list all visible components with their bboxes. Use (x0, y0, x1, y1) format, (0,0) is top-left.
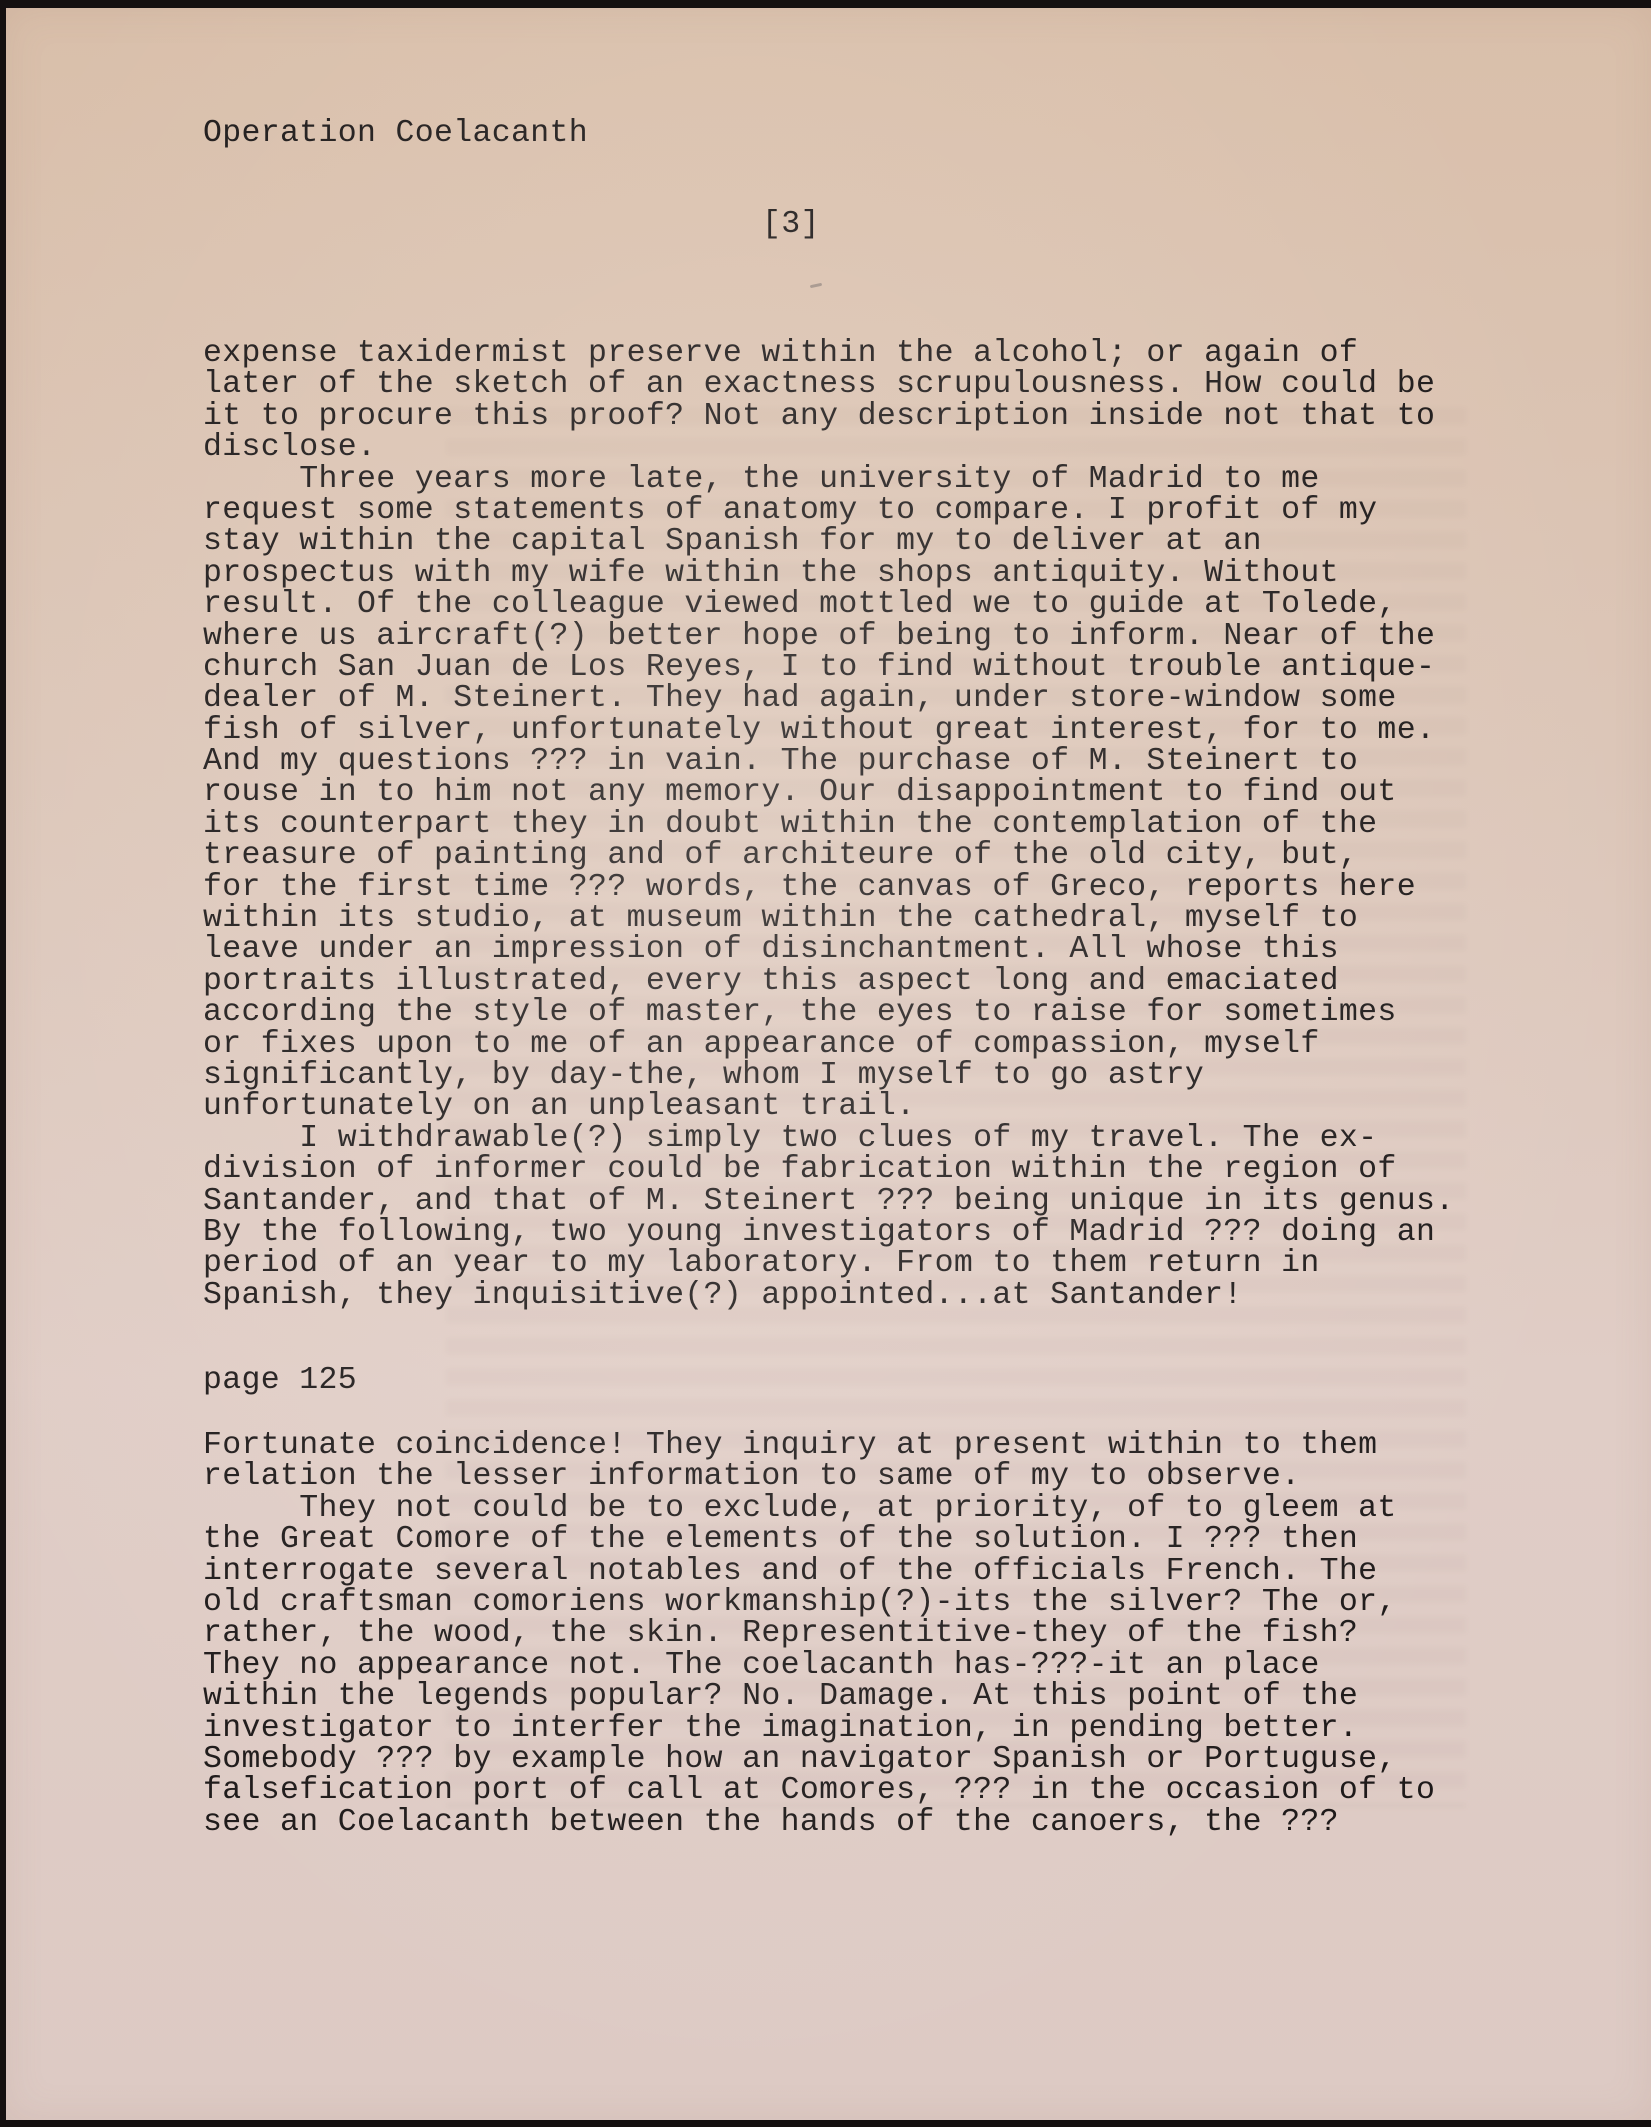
document-page: Operation Coelacanth [3] expense taxider… (6, 8, 1651, 2120)
source-page-label: page 125 (203, 1363, 357, 1398)
text-line: interrogate several notables and of the … (203, 1556, 1503, 1587)
text-line: Three years more late, the university of… (203, 464, 1503, 495)
body-text-section-1: expense taxidermist preserve within the … (203, 338, 1503, 1311)
text-line: dealer of M. Steinert. They had again, u… (203, 683, 1503, 714)
text-line: Fortunate coincidence! They inquiry at p… (203, 1430, 1503, 1461)
text-line: And my questions ??? in vain. The purcha… (203, 746, 1503, 777)
text-line: it to procure this proof? Not any descri… (203, 401, 1503, 432)
text-line: portraits illustrated, every this aspect… (203, 966, 1503, 997)
text-line: prospectus with my wife within the shops… (203, 558, 1503, 589)
text-line: relation the lesser information to same … (203, 1461, 1503, 1492)
text-line: falsefication port of call at Comores, ?… (203, 1775, 1503, 1806)
text-line: its counterpart they in doubt within the… (203, 809, 1503, 840)
text-line: unfortunately on an unpleasant trail. (203, 1091, 1503, 1122)
text-line: leave under an impression of disinchantm… (203, 934, 1503, 965)
text-line: investigator to interfer the imagination… (203, 1713, 1503, 1744)
text-line: division of informer could be fabricatio… (203, 1154, 1503, 1185)
ink-smudge (810, 283, 822, 288)
text-line: within the legends popular? No. Damage. … (203, 1681, 1503, 1712)
text-line: significantly, by day-the, whom I myself… (203, 1060, 1503, 1091)
text-line: I withdrawable(?) simply two clues of my… (203, 1123, 1503, 1154)
text-line: see an Coelacanth between the hands of t… (203, 1807, 1503, 1838)
text-line: They not could be to exclude, at priorit… (203, 1493, 1503, 1524)
document-header-title: Operation Coelacanth (203, 116, 588, 151)
text-line: They no appearance not. The coelacanth h… (203, 1650, 1503, 1681)
text-line: result. Of the colleague viewed mottled … (203, 589, 1503, 620)
text-line: within its studio, at museum within the … (203, 903, 1503, 934)
text-line: expense taxidermist preserve within the … (203, 338, 1503, 369)
page-number-marker: [3] (762, 207, 820, 242)
text-line: rouse in to him not any memory. Our disa… (203, 777, 1503, 808)
text-line: fish of silver, unfortunately without gr… (203, 715, 1503, 746)
text-line: Spanish, they inquisitive(?) appointed..… (203, 1280, 1503, 1311)
text-line: the Great Comore of the elements of the … (203, 1524, 1503, 1555)
text-line: later of the sketch of an exactness scru… (203, 369, 1503, 400)
text-line: rather, the wood, the skin. Representiti… (203, 1618, 1503, 1649)
text-line: Somebody ??? by example how an navigator… (203, 1744, 1503, 1775)
text-line: where us aircraft(?) better hope of bein… (203, 621, 1503, 652)
text-line: treasure of painting and of architeure o… (203, 840, 1503, 871)
text-line: request some statements of anatomy to co… (203, 495, 1503, 526)
text-line: church San Juan de Los Reyes, I to find … (203, 652, 1503, 683)
text-line: disclose. (203, 432, 1503, 463)
text-line: according the style of master, the eyes … (203, 997, 1503, 1028)
text-line: for the first time ??? words, the canvas… (203, 872, 1503, 903)
body-text-section-2: Fortunate coincidence! They inquiry at p… (203, 1430, 1503, 1838)
text-line: By the following, two young investigator… (203, 1217, 1503, 1248)
text-line: stay within the capital Spanish for my t… (203, 526, 1503, 557)
text-line: or fixes upon to me of an appearance of … (203, 1029, 1503, 1060)
text-line: Santander, and that of M. Steinert ??? b… (203, 1186, 1503, 1217)
text-line: old craftsman comoriens workmanship(?)-i… (203, 1587, 1503, 1618)
text-line: period of an year to my laboratory. From… (203, 1248, 1503, 1279)
